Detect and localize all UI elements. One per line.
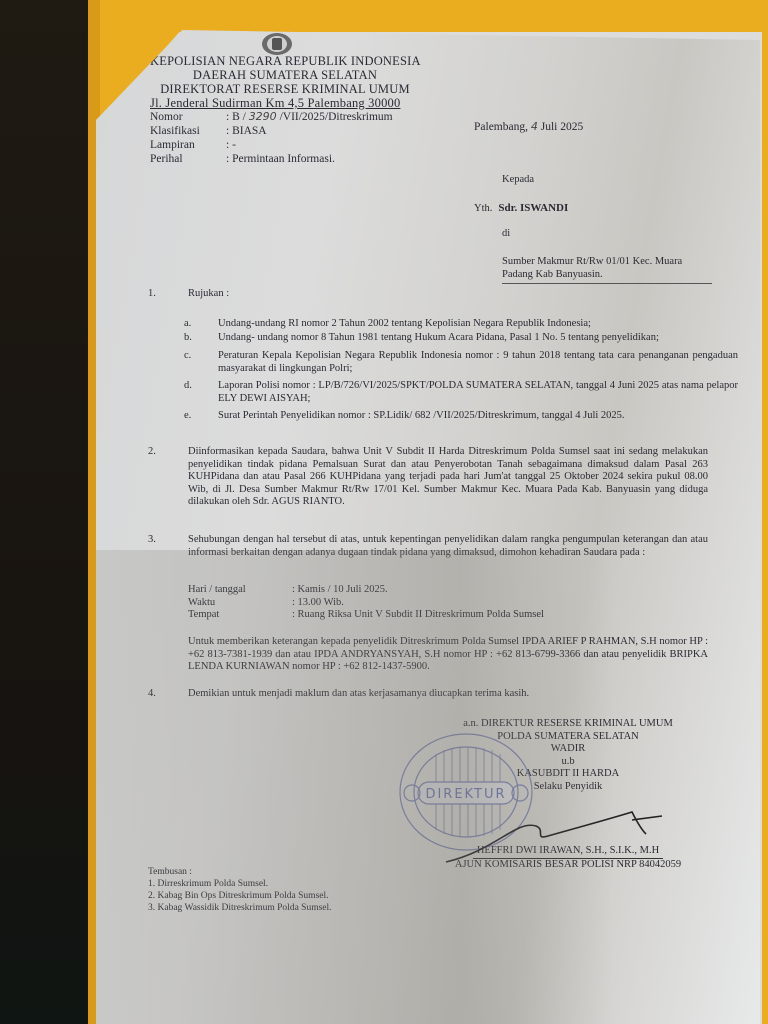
letter-meta: Nomor: B / 3290 /VII/2025/Ditreskrimum K… — [150, 110, 393, 166]
contact-text: Untuk memberikan keterangan kepada penye… — [188, 636, 708, 674]
recipient-address: Sumber Makmur Rt/Rw 01/01 Kec. Muara Pad… — [502, 256, 712, 284]
reference-text: Undang-undang RI nomor 2 Tahun 2002 tent… — [218, 318, 738, 331]
letterhead: KEPOLISIAN NEGARA REPUBLIK INDONESIA DAE… — [150, 54, 420, 110]
schedule-row: Waktu: 13.00 Wib. — [188, 597, 544, 610]
tembusan-item: 1. Dirreskrimum Polda Sumsel. — [148, 878, 332, 890]
nomor-label: Nomor — [150, 110, 222, 124]
date-month-year: Juli 2025 — [541, 121, 584, 133]
schedule: Hari / tanggal: Kamis / 10 Juli 2025. Wa… — [188, 584, 544, 622]
section-text: Demikian untuk menjadi maklum dan atas k… — [188, 688, 708, 701]
date-place: Palembang, — [474, 121, 528, 133]
section-text: Sehubungan dengan hal tersebut di atas, … — [188, 534, 708, 559]
perihal-label: Perihal — [150, 152, 222, 166]
tembusan-item: 2. Kabag Bin Ops Ditreskrimum Polda Sums… — [148, 890, 332, 902]
reference-text: Peraturan Kepala Kepolisian Negara Repub… — [218, 350, 738, 375]
org-directorate: DIREKTORAT RESERSE KRIMINAL UMUM — [150, 82, 420, 96]
police-emblem-icon — [257, 22, 297, 58]
handwritten-signature — [436, 790, 676, 870]
reference-letter: a. — [184, 318, 208, 331]
schedule-value: : Ruang Riksa Unit V Subdit II Ditreskri… — [292, 609, 544, 622]
schedule-label: Waktu — [188, 597, 292, 610]
yth-label: Yth. — [474, 203, 492, 214]
schedule-value: : Kamis / 10 Juli 2025. — [292, 584, 388, 597]
lampiran-label: Lampiran — [150, 138, 222, 152]
tembusan-item: 3. Kabag Wassidik Ditreskrimum Polda Sum… — [148, 902, 332, 914]
reference-letter: b. — [184, 332, 208, 345]
section-number: 4. — [148, 688, 178, 701]
kepada-label: Kepada — [502, 174, 534, 185]
tembusan-title: Tembusan : — [148, 866, 332, 878]
nomor-handwritten: 3290 — [249, 110, 277, 123]
schedule-row: Tempat: Ruang Riksa Unit V Subdit II Dit… — [188, 609, 544, 622]
perihal-value: : Permintaan Informasi. — [222, 152, 335, 166]
di-label: di — [502, 228, 510, 239]
section-title: Rujukan : — [188, 288, 708, 301]
schedule-label: Tempat — [188, 609, 292, 622]
section-number: 1. — [148, 288, 178, 301]
reference-text: Surat Perintah Penyelidikan nomor : SP.L… — [218, 410, 738, 423]
reference-letter: c. — [184, 350, 208, 363]
section-number: 2. — [148, 446, 178, 459]
schedule-label: Hari / tanggal — [188, 584, 292, 597]
dark-background — [0, 0, 92, 1024]
klasifikasi-value: : BIASA — [222, 124, 267, 138]
nomor-suffix: /VII/2025/Ditreskrimum — [280, 111, 393, 123]
nomor-prefix: : B / — [226, 111, 246, 123]
lampiran-value: : - — [222, 138, 236, 152]
klasifikasi-label: Klasifikasi — [150, 124, 222, 138]
signature-on-behalf: a.n. DIREKTUR RESERSE KRIMINAL UMUM — [438, 718, 698, 731]
reference-letter: d. — [184, 380, 208, 393]
reference-letter: e. — [184, 410, 208, 423]
org-region: DAERAH SUMATERA SELATAN — [150, 68, 420, 82]
section-text: Diinformasikan kepada Saudara, bahwa Uni… — [188, 446, 708, 509]
date-day-handwritten: 4 — [531, 120, 538, 133]
section-number: 3. — [148, 534, 178, 547]
letter-date: Palembang, 4 Juli 2025 — [474, 120, 583, 133]
recipient-name: Sdr. ISWANDI — [498, 202, 568, 214]
reference-text: Laporan Polisi nomor : LP/B/726/VI/2025/… — [218, 380, 738, 405]
tembusan-block: Tembusan : 1. Dirreskrimum Polda Sumsel.… — [148, 866, 332, 914]
recipient-line: Yth.Sdr. ISWANDI — [474, 202, 568, 214]
reference-text: Undang- undang nomor 8 Tahun 1981 tentan… — [218, 332, 738, 345]
schedule-row: Hari / tanggal: Kamis / 10 Juli 2025. — [188, 584, 544, 597]
letter-page: KEPOLISIAN NEGARA REPUBLIK INDONESIA DAE… — [96, 30, 760, 1024]
org-address: Jl. Jenderal Sudirman Km 4,5 Palembang 3… — [150, 96, 420, 110]
org-name: KEPOLISIAN NEGARA REPUBLIK INDONESIA — [150, 54, 420, 68]
schedule-value: : 13.00 Wib. — [292, 597, 344, 610]
